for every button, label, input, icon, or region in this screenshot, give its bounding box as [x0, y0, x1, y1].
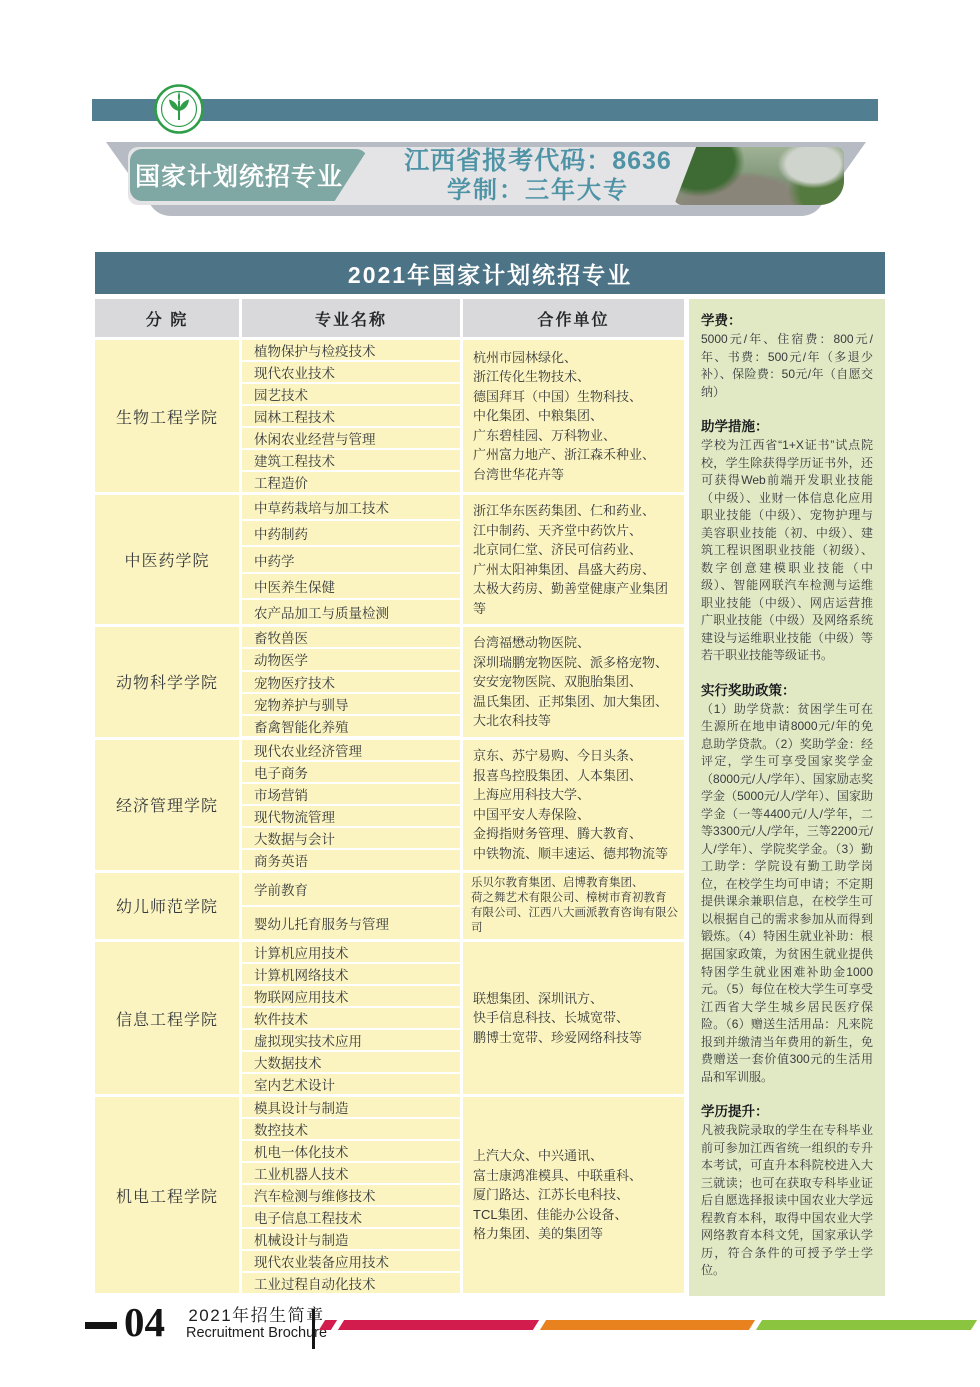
footer-dash	[85, 1322, 117, 1329]
majors-table: 2021年国家计划统招专业 分 院 专业名称 合作单位 生物工程学院植物保护与检…	[95, 252, 885, 1296]
major-cell: 数控技术	[242, 1119, 460, 1141]
major-cell: 汽车检测与维修技术	[242, 1185, 460, 1207]
sidebar-text: 5000元/年、住宿费：800元/年、书费：500元/年（多退少补）、保险费：5…	[701, 331, 873, 401]
major-cell: 园艺技术	[242, 384, 460, 406]
major-cell: 机械设计与制造	[242, 1229, 460, 1251]
footer-stripe-green	[756, 1320, 977, 1330]
table-main-columns: 分 院 专业名称 合作单位 生物工程学院植物保护与检疫技术现代农业技术园艺技术园…	[95, 299, 684, 1296]
major-cell: 大数据与会计	[242, 828, 460, 850]
college-section: 动物科学学院畜牧兽医动物医学宠物医疗技术宠物养护与驯导畜禽智能化养殖台湾福懋动物…	[95, 627, 684, 737]
footer-title-cn: 2021年招生简章	[186, 1307, 327, 1326]
majors-column: 中草药栽培与加工技术中药制药中药学中医养生保健农产品加工与质量检测	[242, 495, 460, 624]
column-header-college: 分 院	[95, 299, 239, 337]
major-cell: 市场营销	[242, 784, 460, 806]
major-cell: 工业过程自动化技术	[242, 1273, 460, 1293]
major-cell: 电子商务	[242, 762, 460, 784]
sidebar-block: 学费：5000元/年、住宿费：800元/年、书费：500元/年（多退少补）、保险…	[701, 309, 873, 401]
sidebar-block: 实行奖助政策：（1）助学贷款：贫困学生可在生源所在地申请8000元/年的免息助学…	[701, 679, 873, 1086]
sidebar-heading: 实行奖助政策：	[701, 679, 873, 699]
major-cell: 虚拟现实技术应用	[242, 1030, 460, 1052]
brand-bar	[92, 99, 878, 121]
major-cell: 婴幼儿托育服务与管理	[242, 907, 460, 939]
major-cell: 畜禽智能化养殖	[242, 716, 460, 736]
major-cell: 计算机应用技术	[242, 942, 460, 964]
major-cell: 现代农业经济管理	[242, 740, 460, 762]
college-name: 动物科学学院	[95, 627, 239, 737]
college-section: 信息工程学院计算机应用技术计算机网络技术物联网应用技术软件技术虚拟现实技术应用大…	[95, 942, 684, 1094]
sidebar-text: 学校为江西省“1+X证书”试点院校，学生除获得学历证书外，还可获得Web前端开发…	[701, 437, 873, 665]
sidebar-text: （1）助学贷款：贫困学生可在生源所在地申请8000元/年的免息助学贷款。（2）奖…	[701, 701, 873, 1086]
major-cell: 现代物流管理	[242, 806, 460, 828]
major-cell: 动物医学	[242, 649, 460, 671]
partners-cell: 浙江华东医药集团、仁和药业、 江中制药、天齐堂中药饮片、 北京同仁堂、济民可信药…	[463, 495, 684, 624]
majors-column: 模具设计与制造数控技术机电一体化技术工业机器人技术汽车检测与维修技术电子信息工程…	[242, 1097, 460, 1293]
campus-photo	[674, 147, 844, 205]
partners-cell: 杭州市园林绿化、 浙江传化生物技术、 德国拜耳（中国）生物科技、 中化集团、中粮…	[463, 340, 684, 492]
sidebar-block: 助学措施：学校为江西省“1+X证书”试点院校，学生除获得学历证书外，还可获得We…	[701, 415, 873, 665]
major-cell: 现代农业装备应用技术	[242, 1251, 460, 1273]
table-sections: 生物工程学院植物保护与检疫技术现代农业技术园艺技术园林工程技术休闲农业经营与管理…	[95, 340, 684, 1293]
major-cell: 宠物养护与驯导	[242, 694, 460, 716]
majors-column: 畜牧兽医动物医学宠物医疗技术宠物养护与驯导畜禽智能化养殖	[242, 627, 460, 737]
page-banner: 国家计划统招专业 江西省报考代码：8636 学制：三年大专	[100, 142, 872, 218]
major-cell: 休闲农业经营与管理	[242, 428, 460, 450]
page-number: 04	[124, 1298, 165, 1346]
column-header-major: 专业名称	[242, 299, 460, 337]
school-logo-icon	[154, 84, 204, 134]
footer-title-en: Recruitment Brochure	[186, 1326, 327, 1342]
table-body: 分 院 专业名称 合作单位 生物工程学院植物保护与检疫技术现代农业技术园艺技术园…	[95, 299, 885, 1296]
schooling-length-line: 学制：三年大专	[447, 177, 629, 205]
banner-code-text: 江西省报考代码：8636 学制：三年大专	[368, 146, 708, 206]
college-name: 生物工程学院	[95, 340, 239, 492]
major-cell: 中药学	[242, 547, 460, 573]
sidebar-block: 学历提升：凡被我院录取的学生在专科毕业前可参加江西省统一组织的专升本考试，可直升…	[701, 1100, 873, 1280]
major-cell: 电子信息工程技术	[242, 1207, 460, 1229]
major-cell: 现代农业技术	[242, 362, 460, 384]
major-cell: 畜牧兽医	[242, 627, 460, 649]
banner-title: 国家计划统招专业	[130, 149, 368, 201]
major-cell: 工业机器人技术	[242, 1163, 460, 1185]
major-cell: 植物保护与检疫技术	[242, 340, 460, 362]
college-section: 机电工程学院模具设计与制造数控技术机电一体化技术工业机器人技术汽车检测与维修技术…	[95, 1097, 684, 1293]
major-cell: 学前教育	[242, 873, 460, 907]
major-cell: 计算机网络技术	[242, 964, 460, 986]
major-cell: 农产品加工与质量检测	[242, 600, 460, 624]
sidebar-heading: 学费：	[701, 309, 873, 329]
college-section: 中医药学院中草药栽培与加工技术中药制药中药学中医养生保健农产品加工与质量检测浙江…	[95, 495, 684, 624]
major-cell: 中药制药	[242, 521, 460, 547]
major-cell: 室内艺术设计	[242, 1074, 460, 1094]
report-code-line: 江西省报考代码：8636	[404, 147, 672, 177]
sidebar-heading: 学历提升：	[701, 1100, 873, 1120]
major-cell: 建筑工程技术	[242, 450, 460, 472]
major-cell: 中医养生保健	[242, 574, 460, 600]
college-section: 生物工程学院植物保护与检疫技术现代农业技术园艺技术园林工程技术休闲农业经营与管理…	[95, 340, 684, 492]
major-cell: 软件技术	[242, 1008, 460, 1030]
info-sidebar: 学费：5000元/年、住宿费：800元/年、书费：500元/年（多退少补）、保险…	[689, 299, 885, 1296]
partners-cell: 上汽大众、中兴通讯、 富士康鸿准模具、中联重科、 厦门路达、江苏长电科技、 TC…	[463, 1097, 684, 1293]
table-header-row: 分 院 专业名称 合作单位	[95, 299, 684, 337]
college-name: 经济管理学院	[95, 740, 239, 870]
partners-cell: 台湾福懋动物医院、 深圳瑞鹏宠物医院、派多格宠物、 安安宠物医院、双胞胎集团、 …	[463, 627, 684, 737]
major-cell: 大数据技术	[242, 1052, 460, 1074]
majors-column: 植物保护与检疫技术现代农业技术园艺技术园林工程技术休闲农业经营与管理建筑工程技术…	[242, 340, 460, 492]
footer-stripe-orange	[540, 1320, 755, 1330]
partners-cell: 京东、苏宁易购、今日头条、 报喜鸟控股集团、人本集团、 上海应用科技大学、 中国…	[463, 740, 684, 870]
table-title: 2021年国家计划统招专业	[95, 252, 885, 294]
major-cell: 机电一体化技术	[242, 1141, 460, 1163]
major-cell: 工程造价	[242, 472, 460, 492]
college-name: 中医药学院	[95, 495, 239, 624]
majors-column: 计算机应用技术计算机网络技术物联网应用技术软件技术虚拟现实技术应用大数据技术室内…	[242, 942, 460, 1094]
college-section: 幼儿师范学院学前教育婴幼儿托育服务与管理乐贝尔教育集团、启博教育集团、 荷之舞艺…	[95, 873, 684, 940]
major-cell: 模具设计与制造	[242, 1097, 460, 1119]
college-section: 经济管理学院现代农业经济管理电子商务市场营销现代物流管理大数据与会计商务英语京东…	[95, 740, 684, 870]
college-name: 幼儿师范学院	[95, 873, 239, 940]
major-cell: 园林工程技术	[242, 406, 460, 428]
partners-cell: 联想集团、深圳讯方、 快手信息科技、长城宽带、 鹏博士宽带、珍爱网络科技等	[463, 942, 684, 1094]
sidebar-text: 凡被我院录取的学生在专科毕业前可参加江西省统一组织的专升本考试，可直升本科院校进…	[701, 1122, 873, 1280]
sidebar-heading: 助学措施：	[701, 415, 873, 435]
column-header-partner: 合作单位	[463, 299, 684, 337]
page-footer: 04 2021年招生简章 Recruitment Brochure	[0, 1306, 980, 1362]
major-cell: 宠物医疗技术	[242, 672, 460, 694]
major-cell: 物联网应用技术	[242, 986, 460, 1008]
majors-column: 现代农业经济管理电子商务市场营销现代物流管理大数据与会计商务英语	[242, 740, 460, 870]
footer-titles: 2021年招生简章 Recruitment Brochure	[186, 1307, 327, 1342]
college-name: 机电工程学院	[95, 1097, 239, 1293]
partners-cell: 乐贝尔教育集团、启博教育集团、 荷之舞艺术有限公司、樟树市育初教育 有限公司、江…	[463, 873, 684, 940]
major-cell: 中草药栽培与加工技术	[242, 495, 460, 521]
footer-stripe-crimson	[338, 1320, 539, 1330]
major-cell: 商务英语	[242, 850, 460, 870]
majors-column: 学前教育婴幼儿托育服务与管理	[242, 873, 460, 940]
footer-divider	[312, 1309, 315, 1349]
college-name: 信息工程学院	[95, 942, 239, 1094]
